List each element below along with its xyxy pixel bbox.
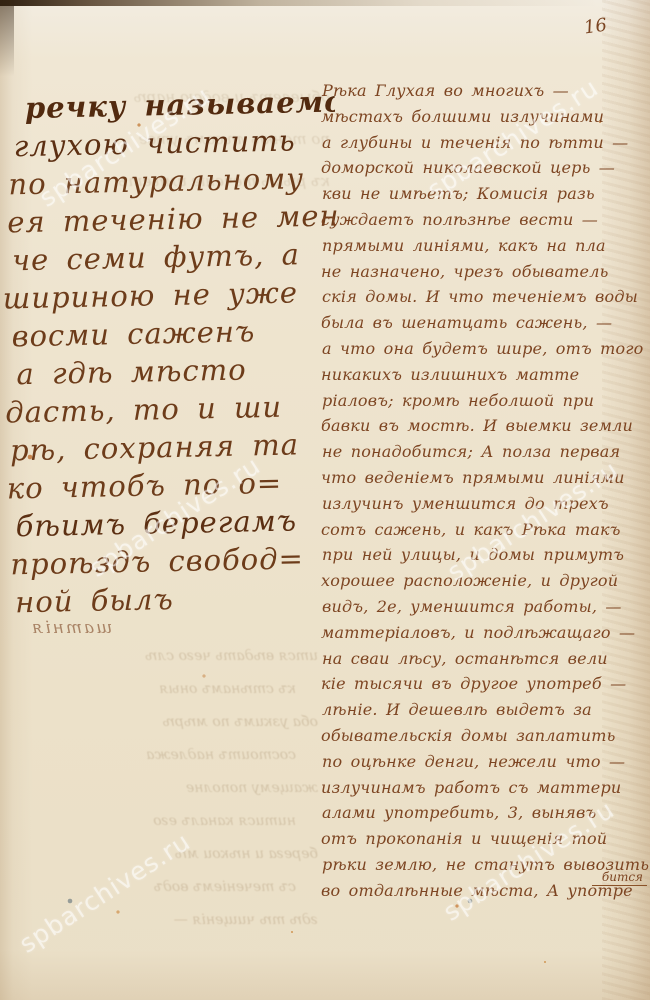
- scan-top-edge-shadow: [0, 0, 650, 6]
- bleedthrough-line: съ теченіемъ водъ: [0, 871, 318, 904]
- bleedthrough-line: жащему пополне: [0, 772, 318, 805]
- manuscript-line: была въ шенатцать сажень, —: [321, 310, 650, 336]
- manuscript-page: 16 обываетъ и водою нарѣпо тонкѣ лѣсомъ …: [0, 0, 650, 1000]
- manuscript-line: рѣ, сохраняя та: [6, 424, 343, 469]
- manuscript-line: никакихъ излишнихъ матте: [321, 362, 650, 388]
- manuscript-line: ріаловъ; кромѣ неболшой при: [321, 388, 650, 414]
- bleedthrough-line: оба узкимъ по мѣрѣ: [0, 706, 318, 739]
- watermark: spbarchives.ru: [14, 827, 196, 959]
- manuscript-line: на сваи лѣсу, останѣтся вели: [321, 646, 650, 672]
- bleedthrough-line: къ стѣнамъ оныя: [0, 673, 318, 706]
- bleedthrough-margin-note: шатнія: [30, 618, 112, 638]
- manuscript-line: отъ прокопанія и чищенія той: [321, 826, 650, 852]
- left-text-column: речку называемоюглухою чиститьпо натурал…: [0, 83, 346, 622]
- manuscript-line: проѣздъ свобод=: [8, 538, 345, 583]
- manuscript-line: излучинъ уменшится до трехъ: [321, 491, 650, 517]
- manuscript-line: шириною не уже: [2, 272, 339, 317]
- manuscript-line: кви не имѣетъ; Комисія разь: [321, 181, 650, 207]
- manuscript-line: сотъ сажень, и какъ Рѣка такъ: [321, 517, 650, 543]
- manuscript-line: доморской николаевской церь —: [321, 155, 650, 181]
- catchword: бится: [592, 870, 647, 886]
- manuscript-line: обывательскія домы заплатить: [321, 723, 650, 749]
- manuscript-line: кіе тысячи въ другое употреб —: [321, 671, 650, 697]
- manuscript-line: при ней улицы, и домы примутъ: [321, 542, 650, 568]
- manuscript-line: видъ, 2е, уменшится работы, —: [321, 594, 650, 620]
- manuscript-line: прямыми линіями, какъ на пла: [321, 233, 650, 259]
- manuscript-line: ной былъ: [9, 576, 346, 621]
- bleedthrough-line: состоитъ надлежа: [0, 739, 318, 772]
- bleedthrough-line: берега и нѣкои мѣ: [0, 838, 318, 871]
- manuscript-line: хорошее расположеніе, и другой: [321, 568, 650, 594]
- bleedthrough-line: ится вѣдать чего слѣ: [0, 640, 318, 673]
- manuscript-line: Рѣка Глухая во многихъ —: [321, 78, 650, 104]
- ink-bleedthrough-bottom: ится вѣдать чего слѣкъ стѣнамъ оныяоба у…: [0, 640, 318, 937]
- manuscript-line: мѣстахъ болшими излучинами: [321, 104, 650, 130]
- manuscript-line: по оцѣнке денги, нежели что —: [321, 749, 650, 775]
- scan-corner-shadow: [0, 0, 14, 90]
- manuscript-line: а что она будетъ шире, отъ того —: [321, 336, 650, 362]
- bleedthrough-line: нитися каналъ его: [0, 805, 318, 838]
- bleedthrough-line: гдѣ тѣ чищенія —: [0, 904, 318, 937]
- manuscript-line: бавки въ мостѣ. И выемки земли: [321, 413, 650, 439]
- manuscript-line: а глубины и теченія по ѣтти —: [321, 130, 650, 156]
- manuscript-line: скія домы. И что теченіемъ воды: [321, 284, 650, 310]
- manuscript-line: алами употребить, 3, вынявъ: [321, 800, 650, 826]
- manuscript-line: лѣніе. И дешевлѣ выдетъ за: [321, 697, 650, 723]
- manuscript-line: суждаетъ полѣзнѣе вести —: [321, 207, 650, 233]
- manuscript-line: маттеріаловъ, и подлѣжащаго —: [321, 620, 650, 646]
- manuscript-line: не понадобится; А полза первая: [321, 439, 650, 465]
- right-text-column: Рѣка Глухая во многихъ —мѣстахъ болшими …: [321, 78, 650, 904]
- manuscript-line: что веденіемъ прямыми линіями: [321, 465, 650, 491]
- manuscript-line: не назначено, чрезъ обыватель: [321, 259, 650, 285]
- manuscript-line: излучинамъ работъ съ маттери: [321, 775, 650, 801]
- page-number: 16: [583, 15, 609, 39]
